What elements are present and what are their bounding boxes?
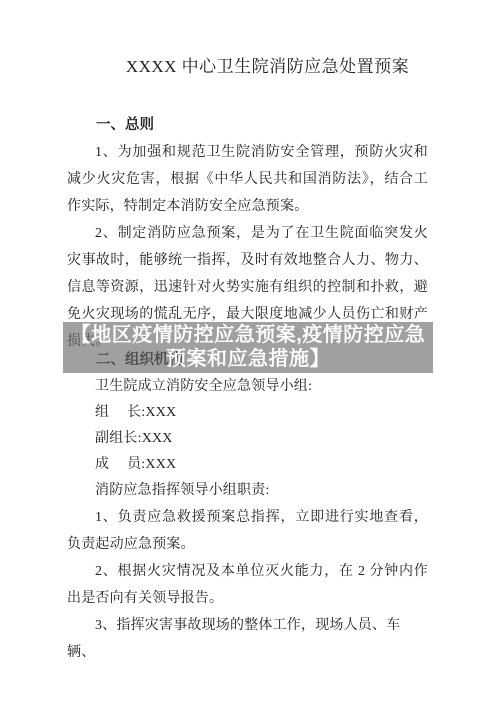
section-1-heading: 一、总则: [67, 112, 428, 139]
section-1-paragraph-1: 1、为加强和规范卫生院消防安全管理，预防火灾和减少火灾危害，根据《中华人民共和国…: [67, 139, 428, 220]
deputy-leader-line: 副组长:XXX: [67, 426, 428, 452]
duty-item-2: 2、根据火灾情况及本单位灭火能力，在 2 分钟内作出是否向有关领导报告。: [67, 558, 428, 612]
document-page: XXXX 中心卫生院消防应急处置预案 一、总则 1、为加强和规范卫生院消防安全管…: [0, 0, 500, 706]
duty-item-1: 1、负责应急救援预案总指挥，立即进行实地查看，负责起动应急预案。: [67, 504, 428, 558]
group-leader-line: 组 长:XXX: [67, 400, 428, 426]
watermark-banner: 【地区疫情防控应急预案,疫情防控应急预案和应急措施】: [63, 322, 433, 373]
document-title: XXXX 中心卫生院消防应急处置预案: [67, 51, 428, 79]
leading-group-intro: 卫生院成立消防安全应急领导小组:: [67, 374, 428, 400]
duty-item-3: 3、指挥灾害事故现场的整体工作，现场人员、车辆、: [67, 612, 428, 666]
watermark-banner-text: 【地区疫情防控应急预案,疫情防控应急预案和应急措施】: [63, 322, 433, 371]
duties-title: 消防应急指挥领导小组职责:: [67, 478, 428, 504]
members-line: 成 员:XXX: [67, 452, 428, 478]
